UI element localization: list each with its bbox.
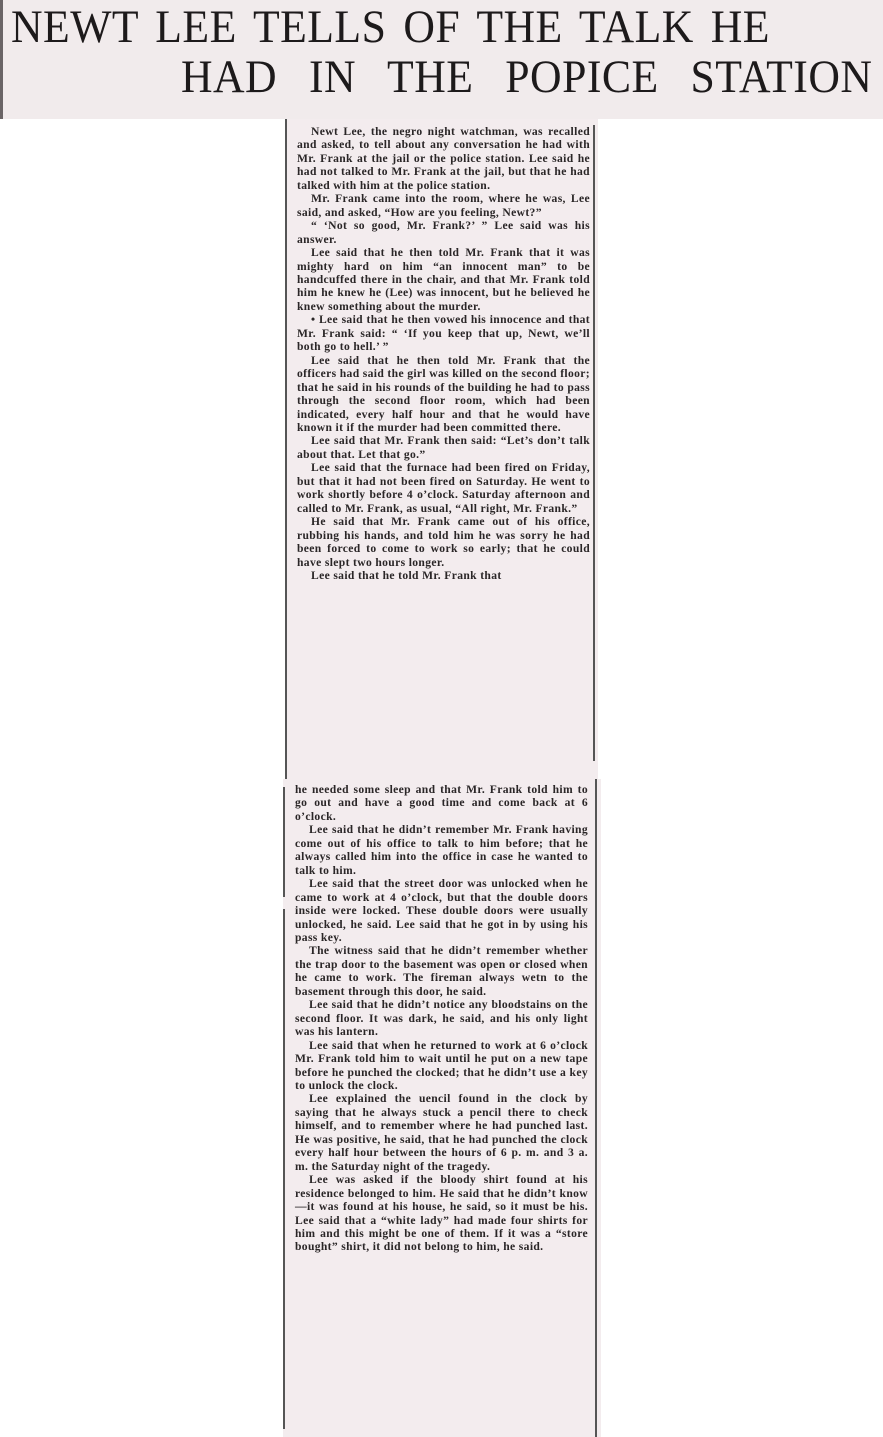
paragraph: Lee explained the uencil found in the cl… xyxy=(295,1092,588,1173)
paragraph: Lee said that he told Mr. Frank that xyxy=(297,569,590,582)
headline-line-1: NEWT LEE TELLS OF THE TALK HE xyxy=(11,2,770,52)
headline-line-2: HAD IN THE POPICE STATION xyxy=(181,52,872,102)
headline-clipping: NEWT LEE TELLS OF THE TALK HE HAD IN THE… xyxy=(0,0,883,119)
paragraph: The witness said that he didn’t remember… xyxy=(295,944,588,998)
article-clipping-2: he needed some sleep and that Mr. Frank … xyxy=(283,779,601,1437)
column-rule xyxy=(283,909,285,1429)
paragraph: Lee said that when he returned to work a… xyxy=(295,1039,588,1093)
article-column-1: Newt Lee, the negro night watchman, was … xyxy=(297,125,590,582)
paragraph: Lee said that Mr. Frank then said: “Let’… xyxy=(297,434,590,461)
paragraph: Lee was asked if the bloody shirt found … xyxy=(295,1173,588,1254)
paragraph: • Lee said that he then vowed his innoce… xyxy=(297,313,590,353)
paragraph: Newt Lee, the negro night watchman, was … xyxy=(297,125,590,192)
column-rule xyxy=(283,787,285,897)
paragraph: Lee said that he didn’t notice any blood… xyxy=(295,998,588,1038)
article-column-2: he needed some sleep and that Mr. Frank … xyxy=(295,783,588,1254)
paragraph: Lee said that the furnace had been fired… xyxy=(297,461,590,515)
article-clipping-1: Newt Lee, the negro night watchman, was … xyxy=(285,119,598,779)
column-rule xyxy=(593,125,595,761)
paragraph-continuation: he needed some sleep and that Mr. Frank … xyxy=(295,783,588,823)
paragraph: Lee said that the street door was unlock… xyxy=(295,877,588,944)
paragraph: He said that Mr. Frank came out of his o… xyxy=(297,515,590,569)
paragraph: Lee said that he then told Mr. Frank tha… xyxy=(297,246,590,313)
paragraph: Lee said that he didn’t remember Mr. Fra… xyxy=(295,823,588,877)
paragraph: “ ‘Not so good, Mr. Frank?’ ” Lee said w… xyxy=(297,219,590,246)
paragraph: Lee said that he then told Mr. Frank tha… xyxy=(297,354,590,435)
column-rule xyxy=(595,779,597,1437)
paragraph: Mr. Frank came into the room, where he w… xyxy=(297,192,590,219)
